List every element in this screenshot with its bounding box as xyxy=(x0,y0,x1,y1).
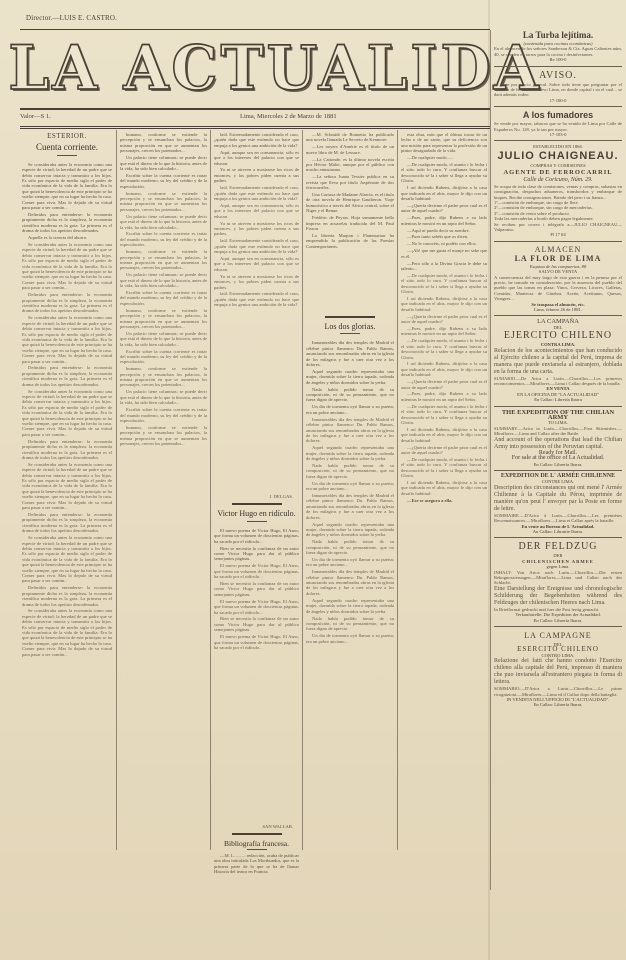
victor-hugo-article: J. DELGAS. Victor Hugo en ridículo. El n… xyxy=(214,492,299,802)
article-paragraph: Un palacio tiene columnas: se puede deci… xyxy=(120,155,207,171)
column-divider xyxy=(210,130,211,850)
masthead-bottom-rule xyxy=(20,108,490,110)
article-paragraph: Aquel segundo cuadro representaba una mu… xyxy=(306,522,394,538)
article-paragraph: La librería Marpon i Flammarion ha empre… xyxy=(306,233,394,249)
article-paragraph: humano, conforme se extiende la percepci… xyxy=(120,366,207,388)
ad-summary: SOMMARIO.—D'Arica a Lurin.—Chorrillos.—L… xyxy=(494,686,622,697)
article-paragraph: —De cualquier modo, el asunto i lo fecha… xyxy=(401,404,487,426)
article-paragraph: Aquel segundo cuadro representaba una mu… xyxy=(306,445,394,461)
article-paragraph: I así diciendo Rubens, dirijióse a la ca… xyxy=(401,480,487,496)
article-paragraph: —Pero sólo a la Divina Gracia le debe su… xyxy=(401,261,487,272)
article-paragraph: Nada había podido tomar de su composició… xyxy=(306,616,394,632)
column-1: ESTERIOR. Cuenta corriente. Se considera… xyxy=(22,132,112,850)
article-signature: J. DELGAS. xyxy=(214,494,293,499)
article-paragraph: Aquella es la ciencia del ahorro. xyxy=(22,235,112,240)
article-paragraph: Un palacio tiene columnas: se puede deci… xyxy=(120,272,207,288)
article-paragraph: —De cualquier modo, el asunto i lo fecha… xyxy=(401,273,487,295)
article-paragraph: Innumerables día des temples de Madrid e… xyxy=(306,569,394,596)
article-paragraph: Escribir sobre la cuenta corriente es tr… xyxy=(120,349,207,365)
article-paragraph: Una Cartuxa de Madame Alarcia, es el tít… xyxy=(306,192,394,214)
article-paragraph: Se consideraba antes la economía como un… xyxy=(22,315,112,364)
article-paragraph: Aquí, aunque sea en consonancia, sólo es… xyxy=(214,256,299,272)
ad-title: THE EXPEDITION OF THE CHILIAN ARMY xyxy=(494,410,622,421)
article-paragraph: —Pues tanto sabéis que os dicen. xyxy=(401,234,487,239)
article-headline: Cuenta corriente. xyxy=(22,145,112,150)
ad-summary: SUMMARY.—Arica to Lurín.—Chorrillos.—Fir… xyxy=(494,426,622,437)
article-paragraph: laúl. Extremadamente considerado el caso… xyxy=(214,238,299,254)
ads-divider xyxy=(490,30,491,890)
article-paragraph: —Pues, padre, dijo Rubens a su lado mien… xyxy=(401,326,487,337)
issue-date: Lima, Miercoles 2 de Marzo de 1881 xyxy=(240,113,337,120)
article-paragraph: Innumerables día des temples de Madrid e… xyxy=(306,417,394,444)
article-paragraph: Aquel segundo cuadro representaba una mu… xyxy=(306,369,394,385)
article-ending: —Ese se asegura a ella. xyxy=(401,498,487,503)
article-paragraph: —De cualquier modo...... xyxy=(401,155,487,160)
article-paragraph: —Aquí ni puedo decir su nombre. xyxy=(401,228,487,233)
article-paragraph: El nuevo poema de Victor Hugo, El Asno, … xyxy=(214,528,299,544)
ad-separator xyxy=(494,140,622,141)
column-3: laúl. Extremadamente considerado el caso… xyxy=(214,132,299,492)
article-paragraph: Bien se necesita la confianza de un auto… xyxy=(214,616,299,632)
ad-agent: En Callao: Librería Ibarra. xyxy=(494,462,622,467)
article-paragraph: humano, conforme se extiende la percepci… xyxy=(120,425,207,447)
article-paragraph: —De cualquier modo, el asunto i lo fecha… xyxy=(401,338,487,360)
article-paragraph: Nada había podido tomar de su composició… xyxy=(306,387,394,403)
article-paragraph: Aquel segundo cuadro representaba una mu… xyxy=(306,598,394,614)
ad-title: ALMACEN xyxy=(494,245,622,254)
article-paragraph: Ya ni se atreven a mostrarse los ricos d… xyxy=(214,274,299,290)
article-paragraph: —M. Schmidt de Bonnetto ha publicado una… xyxy=(306,132,394,143)
article-paragraph: Escribir sobre la cuenta corriente es tr… xyxy=(120,290,207,306)
column-2: humano, conforme se extiende la percepci… xyxy=(120,132,207,850)
ad-title: La Turba lejítima. xyxy=(494,30,622,41)
ad-body: Relacion de los acontecimientos que han … xyxy=(494,348,622,376)
article-paragraph: —¿Quería decirme el padre prior cual es … xyxy=(401,203,487,214)
article-paragraph: —De cualquier modo, el asunto i lo fecha… xyxy=(401,457,487,479)
article-paragraph: Se consideraba antes la economía como un… xyxy=(22,535,112,584)
divider xyxy=(247,849,267,850)
article-paragraph: —Pues, padre, dijo Rubens a su lado mien… xyxy=(401,391,487,402)
article-paragraph: Ya ni se atreven a mostrarse los ricos d… xyxy=(214,221,299,237)
ad-body: Eine Darstellung der Ereignisse und chro… xyxy=(494,586,622,607)
ad-body: Description des circonstances qui ont me… xyxy=(494,485,622,513)
ad-body: Se ocupa de toda clase de comisiones, ve… xyxy=(494,184,622,200)
article-paragraph: Un dia de tormenta oyó llamar a su puert… xyxy=(306,633,394,644)
divider xyxy=(57,155,77,156)
ad-separator xyxy=(494,66,622,67)
article-paragraph: Aquí, aunque sea en consonancia, sólo es… xyxy=(214,150,299,166)
article-paragraph: humano, conforme se extiende la percepci… xyxy=(120,249,207,271)
article-paragraph: —La señora Juana Tessier publica en su r… xyxy=(306,174,394,190)
article-separator xyxy=(232,503,282,505)
article-paragraph: I así diciendo Rubens, dirijióse a la ca… xyxy=(401,296,487,312)
article-paragraph: Se consideraba antes la economía como un… xyxy=(22,389,112,438)
ad-separator xyxy=(494,106,622,107)
article-paragraph: Nada había podido tomar de su composició… xyxy=(306,463,394,479)
article-paragraph: Se consideraba antes la economía como un… xyxy=(22,462,112,511)
director-line: Director.—LUIS E. CASTRO. xyxy=(26,14,117,22)
ad-summary: INHALT: Von Arica nach Lurín.—Chorrillos… xyxy=(494,570,622,586)
article-paragraph: —De cualquier modo, el asunto i lo fecha… xyxy=(401,162,487,184)
article-signature: SAN WALLAB. xyxy=(214,824,293,829)
article-separator xyxy=(232,833,282,835)
ad-body: En el almacen de los señores Sanderson &… xyxy=(494,46,622,57)
masthead-top-rule xyxy=(20,29,490,30)
ad-title: A los fumadores xyxy=(494,110,622,121)
article-paragraph: Nada había podido tomar de su composició… xyxy=(306,539,394,555)
article-paragraph: Un dia de tormenta oyó llamar a su puert… xyxy=(306,481,394,492)
ad-title: JULIO CHAIGNEAU. xyxy=(494,150,622,163)
column-divider xyxy=(116,130,117,850)
ad-summary: SUMARIO.—De Arica a Lurín.—Chorrillos.—L… xyxy=(494,376,622,387)
article-paragraph: Definidos para entenderse: la economía p… xyxy=(22,212,112,234)
article-paragraph: Aquí, aunque sea en consonancia, sólo es… xyxy=(214,203,299,219)
article-paragraph: Bien se necesita la confianza de un auto… xyxy=(214,546,299,562)
article-paragraph: Bien se necesita la confianza de un auto… xyxy=(214,581,299,597)
article-paragraph: —No le conocéis, ni podéis con ellos. xyxy=(401,241,487,246)
ad-name: LA FLOR DE LIMA xyxy=(494,254,622,264)
ad-separator xyxy=(494,315,622,316)
article-paragraph: —¿Quería decirme el padre prior cual es … xyxy=(401,445,487,456)
article-headline: Victor Hugo en ridículo. xyxy=(214,511,299,516)
section-title: ESTERIOR. xyxy=(22,134,112,139)
article-paragraph: —M. L. ..., ... redacción, acaba de publ… xyxy=(214,853,299,875)
article-paragraph: Definidos para entenderse: la economía p… xyxy=(22,512,112,534)
ad-footer: Re 100-0 xyxy=(494,57,622,62)
article-paragraph: Frédéric de Peyras. Hoja sumamente bella… xyxy=(306,215,394,231)
article-paragraph: Un palacio tiene columnas: se puede deci… xyxy=(120,331,207,347)
article-paragraph: Definidos para entenderse: la economía p… xyxy=(22,365,112,387)
ad-agent: En Callao: Librería Ibarra xyxy=(494,397,622,402)
article-paragraph: I así diciendo Rubens, dirijióse a la ca… xyxy=(401,185,487,201)
article-paragraph: humano, conforme se extiende la percepci… xyxy=(120,132,207,154)
article-paragraph: Innumerables día des temples de Madrid e… xyxy=(306,493,394,520)
article-paragraph: Se consideraba antes la economía como un… xyxy=(22,162,112,211)
article-paragraph: esta obra, más que el último tostar de u… xyxy=(401,132,487,154)
dos-glorias-article: Los dos glorias. Innumerables día des te… xyxy=(306,312,394,882)
article-paragraph: Escribir sobre la cuenta corriente es tr… xyxy=(120,173,207,189)
article-paragraph: —¿Quería decirme el padre prior cual es … xyxy=(401,379,487,390)
article-paragraph: Un palacio tiene columnas: se puede deci… xyxy=(120,389,207,405)
ad-separator xyxy=(494,470,622,471)
masthead-title: LA ACTUALIDA xyxy=(8,32,541,103)
ad-body: Se pone por precio general. Sobre todo t… xyxy=(494,82,622,98)
ad-separator xyxy=(494,537,622,538)
ad-footer: 17-100-0 xyxy=(494,98,622,103)
ad-title: EJERCITO CHILENO xyxy=(494,330,622,342)
ad-body: And account of the operations that lead … xyxy=(494,437,622,451)
ad-agent: En Callao: Librería Ibarra. xyxy=(494,618,622,623)
column-divider xyxy=(302,130,303,850)
article-paragraph: I así diciendo Rubens, dirijióse a la ca… xyxy=(401,427,487,443)
dateline-rule xyxy=(20,126,490,127)
ad-contact: Se reciben por correo i telégrafo a—JULI… xyxy=(494,222,622,233)
article-paragraph: El nuevo poema de Victor Hugo, El Asno, … xyxy=(214,563,299,579)
ad-sale: For sale at the office of La Actualidad. xyxy=(494,456,622,461)
price: Valor—S 1. xyxy=(20,113,51,120)
column-5: esta obra, más que el último tostar de u… xyxy=(401,132,487,892)
ad-date: Lima, febrero 26 de 1881. xyxy=(494,307,622,312)
column-divider xyxy=(397,130,398,850)
ad-body: A consecuencia del muy largo de esta gue… xyxy=(494,275,622,302)
article-paragraph: Definidos para entenderse: la economía p… xyxy=(22,439,112,461)
article-headline: Los dos glorias. xyxy=(306,324,394,329)
article-paragraph: laúl. Extremadamente considerado el caso… xyxy=(214,291,299,307)
ad-agent: Au Callao: Librairie Ibarra. xyxy=(494,529,622,534)
article-paragraph: laúl. Extremadamente considerado el caso… xyxy=(214,132,299,148)
article-paragraph: Definidos para entenderse: la economía p… xyxy=(22,292,112,314)
article-paragraph: Escribir sobre la cuenta corriente es tr… xyxy=(120,407,207,423)
article-paragraph: Un dia de tormenta oyó llamar a su puert… xyxy=(306,557,394,568)
ad-separator xyxy=(494,626,622,627)
ad-separator xyxy=(494,241,622,242)
ad-title: DER FELDZUG xyxy=(494,541,622,553)
ad-separator xyxy=(494,406,622,407)
article-paragraph: El nuevo poema de Victor Hugo, El Asno, … xyxy=(214,634,299,650)
article-paragraph: Ya ni se atreven a mostrarse los ricos d… xyxy=(214,167,299,183)
ad-turba: La Turba lejítima. (contenida para cocin… xyxy=(494,30,622,708)
divider xyxy=(340,333,360,334)
masthead: LA ACTUALIDA xyxy=(60,34,490,102)
ad-summary: SOMMAIRE.—D'Arica à Lurin.—Chorrillos.—L… xyxy=(494,513,622,524)
article-paragraph: I así diciendo Rubens, dirijióse a la ca… xyxy=(401,361,487,377)
article-paragraph: Un palacio tiene columnas: se puede deci… xyxy=(120,214,207,230)
ad-footer: Fl 17 04 xyxy=(494,232,622,237)
article-paragraph: Definidos para entenderse: la economía p… xyxy=(22,585,112,607)
article-paragraph: humano, conforme se extiende la percepci… xyxy=(120,308,207,330)
ad-title: LA CAMPAGNE xyxy=(494,630,622,642)
bibliografia-article: SAN WALLAB. Bibliografía francesa. —M. L… xyxy=(214,822,299,882)
ad-footer: 17-103-0 xyxy=(494,132,622,137)
article-paragraph: Escribir sobre la cuenta corriente es tr… xyxy=(120,231,207,247)
article-paragraph: laúl. Extremadamente considerado el caso… xyxy=(214,185,299,201)
column-4: —M. Schmidt de Bonnetto ha publicado una… xyxy=(306,132,394,312)
article-paragraph: —La Cattonde, es la última novela escrit… xyxy=(306,157,394,173)
article-paragraph: —Pues, padre, dijo Rubens a su lado mien… xyxy=(401,215,487,226)
article-paragraph: humano, conforme se extiende la percepci… xyxy=(120,191,207,213)
ad-title: AVISO. xyxy=(494,70,622,82)
article-paragraph: Innumerables día des temples de Madrid e… xyxy=(306,340,394,367)
article-paragraph: El nuevo poema de Victor Hugo, El Asno, … xyxy=(214,599,299,615)
divider xyxy=(247,521,267,522)
dateline-rule-2 xyxy=(20,128,490,129)
article-paragraph: Un dia de tormenta oyó llamar a su puert… xyxy=(306,404,394,415)
article-paragraph: Se consideraba antes la economía como un… xyxy=(22,608,112,657)
ad-body: Se vende por mayor, tabacos que se ha ve… xyxy=(494,121,622,132)
article-paragraph: —¿Quería decirme el padre prior cual es … xyxy=(401,314,487,325)
article-paragraph: —¡Ah! que me gusta el monje no sabe que … xyxy=(401,248,487,259)
ad-agent: En Callao: Librería Ibarra. xyxy=(494,702,622,707)
article-headline: Bibliografía francesa. xyxy=(214,841,299,846)
ad-body: Relazione dei fatti che hanno condotto l… xyxy=(494,658,622,686)
article-separator xyxy=(325,316,375,318)
article-paragraph: Se consideraba antes la economía como un… xyxy=(22,242,112,291)
article-paragraph: —Les noyers d'Amérie es el título de un … xyxy=(306,144,394,155)
